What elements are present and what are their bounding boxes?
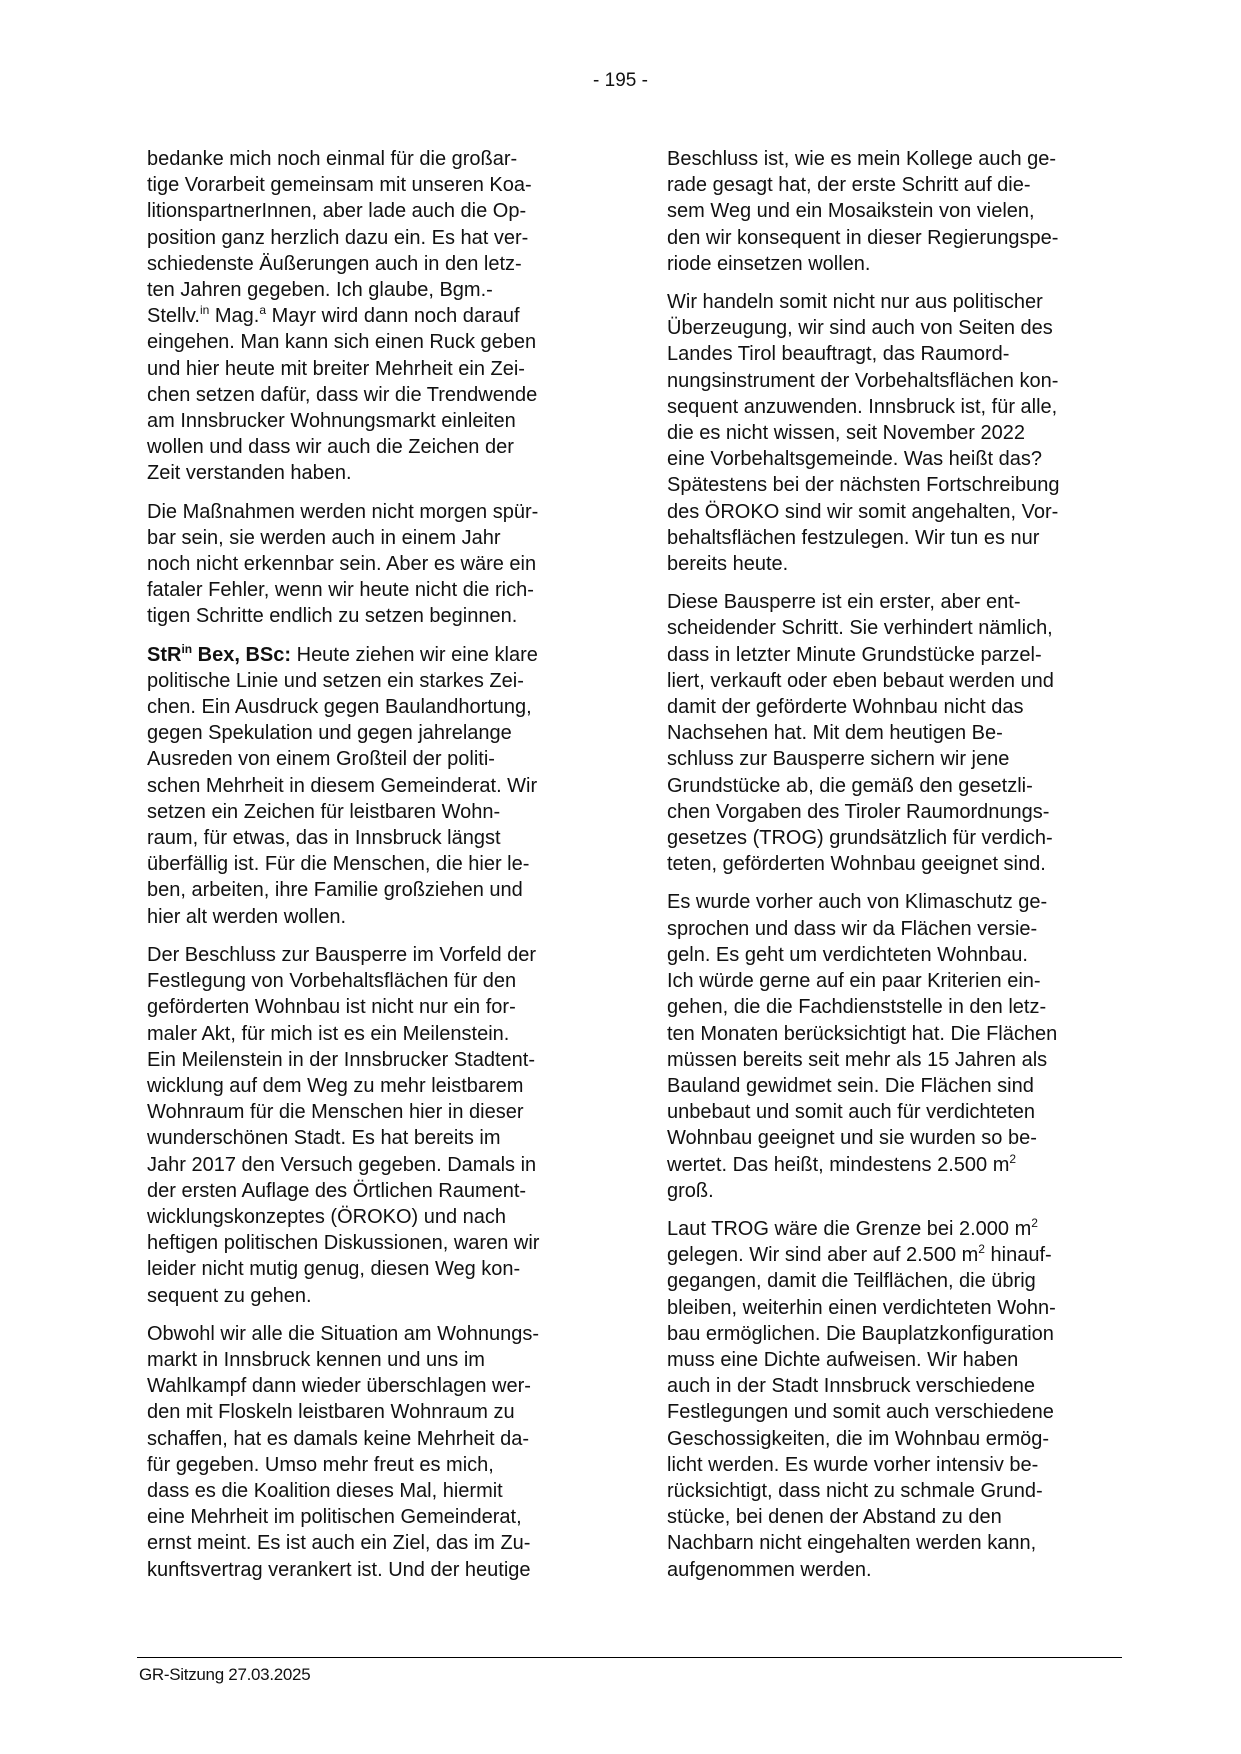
text-line: gesetzes (TROG) grundsätzlich für verdic… <box>667 825 1122 851</box>
text-line: muss eine Dichte aufweisen. Wir haben <box>667 1347 1122 1373</box>
text-line: wicklung auf dem Weg zu mehr leistbarem <box>147 1073 617 1099</box>
text-line: Ein Meilenstein in der Innsbrucker Stadt… <box>147 1047 617 1073</box>
paragraph: Es wurde vorher auch von Klimaschutz ge-… <box>667 889 1122 1203</box>
footer-session-date: GR-Sitzung 27.03.2025 <box>139 1665 310 1685</box>
text-line: eine Mehrheit im politischen Gemeinderat… <box>147 1504 617 1530</box>
text-line: bleiben, weiterhin einen verdichteten Wo… <box>667 1295 1122 1321</box>
text-line: Obwohl wir alle die Situation am Wohnung… <box>147 1321 617 1347</box>
text-line: Zeit verstanden haben. <box>147 460 617 486</box>
text-run: hinauf- <box>985 1244 1052 1266</box>
text-line: fataler Fehler, wenn wir heute nicht die… <box>147 577 617 603</box>
text-line: wertet. Das heißt, mindestens 2.500 m2 <box>667 1152 1122 1178</box>
text-line: Landes Tirol beauftragt, das Raumord- <box>667 341 1122 367</box>
footer-divider <box>137 1657 1122 1658</box>
paragraph: Der Beschluss zur Bausperre im Vorfeld d… <box>147 942 617 1309</box>
text-line: Stellv.in Mag.a Mayr wird dann noch dara… <box>147 303 617 329</box>
text-line: chen. Ein Ausdruck gegen Baulandhortung, <box>147 694 617 720</box>
text-line: Die Maßnahmen werden nicht morgen spür- <box>147 499 617 525</box>
text-run: Heute ziehen wir eine klare <box>291 644 538 666</box>
text-line: riode einsetzen wollen. <box>667 251 1122 277</box>
text-line: sem Weg und ein Mosaikstein von vielen, <box>667 198 1122 224</box>
text-line: Überzeugung, wir sind auch von Seiten de… <box>667 315 1122 341</box>
paragraph: bedanke mich noch einmal für die großar-… <box>147 146 617 487</box>
text-line: gegen Spekulation und gegen jahrelange <box>147 720 617 746</box>
text-line: ben, arbeiten, ihre Familie großziehen u… <box>147 877 617 903</box>
text-line: und hier heute mit breiter Mehrheit ein … <box>147 356 617 382</box>
text-line: Wohnbau geeignet und sie wurden so be- <box>667 1125 1122 1151</box>
text-line: politische Linie und setzen ein starkes … <box>147 668 617 694</box>
text-line: bar sein, sie werden auch in einem Jahr <box>147 525 617 551</box>
text-line: hier alt werden wollen. <box>147 904 617 930</box>
superscript: 2 <box>978 1242 985 1256</box>
text-line: stücke, bei denen der Abstand zu den <box>667 1504 1122 1530</box>
text-line: Wir handeln somit nicht nur aus politisc… <box>667 289 1122 315</box>
text-run: Mayr wird dann noch darauf <box>266 305 519 327</box>
text-line: damit der geförderte Wohnbau nicht das <box>667 694 1122 720</box>
left-column: bedanke mich noch einmal für die großar-… <box>147 146 617 1595</box>
text-line: rücksichtigt, dass nicht zu schmale Grun… <box>667 1478 1122 1504</box>
text-line: geln. Es geht um verdichteten Wohnbau. <box>667 942 1122 968</box>
text-line: markt in Innsbruck kennen und uns im <box>147 1347 617 1373</box>
right-column: Beschluss ist, wie es mein Kollege auch … <box>667 146 1122 1595</box>
text-line: wollen und dass wir auch die Zeichen der <box>147 434 617 460</box>
text-line: leider nicht mutig genug, diesen Weg kon… <box>147 1256 617 1282</box>
text-line: tigen Schritte endlich zu setzen beginne… <box>147 603 617 629</box>
text-line: sequent anzuwenden. Innsbruck ist, für a… <box>667 394 1122 420</box>
text-line: eine Vorbehaltsgemeinde. Was heißt das? <box>667 446 1122 472</box>
text-line: überfällig ist. Für die Menschen, die hi… <box>147 851 617 877</box>
text-line: liert, verkauft oder eben bebaut werden … <box>667 668 1122 694</box>
text-line: Geschossigkeiten, die im Wohnbau ermög- <box>667 1426 1122 1452</box>
text-line: ernst meint. Es ist auch ein Ziel, das i… <box>147 1530 617 1556</box>
text-line: Es wurde vorher auch von Klimaschutz ge- <box>667 889 1122 915</box>
paragraph: Obwohl wir alle die Situation am Wohnung… <box>147 1321 617 1583</box>
text-line: aufgenommen werden. <box>667 1557 1122 1583</box>
speaker-surname: Bex, BSc: <box>192 644 291 666</box>
text-line: Laut TROG wäre die Grenze bei 2.000 m2 <box>667 1216 1122 1242</box>
paragraph: Diese Bausperre ist ein erster, aber ent… <box>667 589 1122 877</box>
superscript: 2 <box>1009 1152 1016 1166</box>
text-line: position ganz herzlich dazu ein. Es hat … <box>147 225 617 251</box>
text-line: bau ermöglichen. Die Bauplatzkonfigurati… <box>667 1321 1122 1347</box>
text-line: Der Beschluss zur Bausperre im Vorfeld d… <box>147 942 617 968</box>
text-line: Ausreden von einem Großteil der politi- <box>147 746 617 772</box>
text-line: teten, geförderten Wohnbau geeignet sind… <box>667 851 1122 877</box>
page-number: - 195 - <box>0 70 1241 92</box>
paragraph: Laut TROG wäre die Grenze bei 2.000 m2 g… <box>667 1216 1122 1583</box>
text-line: behaltsflächen festzulegen. Wir tun es n… <box>667 525 1122 551</box>
text-line: heftigen politischen Diskussionen, waren… <box>147 1230 617 1256</box>
text-line: für gegeben. Umso mehr freut es mich, <box>147 1452 617 1478</box>
text-line: noch nicht erkennbar sein. Aber es wäre … <box>147 551 617 577</box>
text-line: kunftsvertrag verankert ist. Und der heu… <box>147 1557 617 1583</box>
text-line: Spätestens bei der nächsten Fortschreibu… <box>667 472 1122 498</box>
text-line: schiedenste Äußerungen auch in den letz- <box>147 251 617 277</box>
text-line: Wohnraum für die Menschen hier in dieser <box>147 1099 617 1125</box>
superscript: 2 <box>1031 1216 1038 1230</box>
text-line: chen Vorgaben des Tiroler Raumordnungs- <box>667 799 1122 825</box>
text-line: schluss zur Bausperre sichern wir jene <box>667 746 1122 772</box>
text-line: Nachbarn nicht eingehalten werden kann, <box>667 1530 1122 1556</box>
speaker-paragraph: StRin Bex, BSc: Heute ziehen wir eine kl… <box>147 642 617 930</box>
paragraph: Die Maßnahmen werden nicht morgen spür- … <box>147 499 617 630</box>
text-line: auch in der Stadt Innsbruck verschiedene <box>667 1373 1122 1399</box>
text-run: Mag. <box>209 305 259 327</box>
text-line: ten Monaten berücksichtigt hat. Die Fläc… <box>667 1021 1122 1047</box>
text-line: Grundstücke ab, die gemäß den gesetzli- <box>667 773 1122 799</box>
text-line: gegangen, damit die Teilflächen, die übr… <box>667 1268 1122 1294</box>
text-line: müssen bereits seit mehr als 15 Jahren a… <box>667 1047 1122 1073</box>
speaker-name: StRin Bex, BSc: <box>147 644 291 666</box>
text-line: chen setzen dafür, dass wir die Trendwen… <box>147 382 617 408</box>
text-line: bereits heute. <box>667 551 1122 577</box>
text-line: ten Jahren gegeben. Ich glaube, Bgm.- <box>147 277 617 303</box>
text-line: wicklungskonzeptes (ÖROKO) und nach <box>147 1204 617 1230</box>
text-line: den mit Floskeln leistbaren Wohnraum zu <box>147 1399 617 1425</box>
text-line: Ich würde gerne auf ein paar Kriterien e… <box>667 968 1122 994</box>
text-line: rade gesagt hat, der erste Schritt auf d… <box>667 172 1122 198</box>
text-line: raum, für etwas, das in Innsbruck längst <box>147 825 617 851</box>
superscript: in <box>181 642 192 656</box>
text-line: bedanke mich noch einmal für die großar- <box>147 146 617 172</box>
text-line: gelegen. Wir sind aber auf 2.500 m2 hina… <box>667 1242 1122 1268</box>
text-run: wertet. Das heißt, mindestens 2.500 m <box>667 1154 1009 1176</box>
text-line: schaffen, hat es damals keine Mehrheit d… <box>147 1426 617 1452</box>
text-line: am Innsbrucker Wohnungsmarkt einleiten <box>147 408 617 434</box>
speaker-title: StR <box>147 644 181 666</box>
text-line: Wahlkampf dann wieder überschlagen wer- <box>147 1373 617 1399</box>
text-line: dass in letzter Minute Grundstücke parze… <box>667 642 1122 668</box>
text-line: nungsinstrument der Vorbehaltsflächen ko… <box>667 368 1122 394</box>
text-line: geförderten Wohnbau ist nicht nur ein fo… <box>147 994 617 1020</box>
text-line: sprochen und dass wir da Flächen versie- <box>667 916 1122 942</box>
text-line: scheidender Schritt. Sie verhindert näml… <box>667 615 1122 641</box>
text-line: maler Akt, für mich ist es ein Meilenste… <box>147 1021 617 1047</box>
text-line: wunderschönen Stadt. Es hat bereits im <box>147 1125 617 1151</box>
text-line: schen Mehrheit in diesem Gemeinderat. Wi… <box>147 773 617 799</box>
text-run: Laut TROG wäre die Grenze bei 2.000 m <box>667 1218 1031 1240</box>
text-line: setzen ein Zeichen für leistbaren Wohn- <box>147 799 617 825</box>
text-line: Beschluss ist, wie es mein Kollege auch … <box>667 146 1122 172</box>
text-run: Stellv. <box>147 305 200 327</box>
text-line: dass es die Koalition dieses Mal, hiermi… <box>147 1478 617 1504</box>
text-line: Diese Bausperre ist ein erster, aber ent… <box>667 589 1122 615</box>
text-line: tige Vorarbeit gemeinsam mit unseren Koa… <box>147 172 617 198</box>
superscript: in <box>200 303 209 317</box>
text-line: Bauland gewidmet sein. Die Flächen sind <box>667 1073 1122 1099</box>
text-line: des ÖROKO sind wir somit angehalten, Vor… <box>667 499 1122 525</box>
paragraph: Wir handeln somit nicht nur aus politisc… <box>667 289 1122 577</box>
text-line: Festlegungen und somit auch verschiedene <box>667 1399 1122 1425</box>
text-line: Nachsehen hat. Mit dem heutigen Be- <box>667 720 1122 746</box>
text-line: der ersten Auflage des Örtlichen Raument… <box>147 1178 617 1204</box>
text-line: gehen, die die Fachdienststelle in den l… <box>667 994 1122 1020</box>
paragraph: Beschluss ist, wie es mein Kollege auch … <box>667 146 1122 277</box>
text-line: litionspartnerInnen, aber lade auch die … <box>147 198 617 224</box>
text-line: Jahr 2017 den Versuch gegeben. Damals in <box>147 1152 617 1178</box>
text-line: Festlegung von Vorbehaltsflächen für den <box>147 968 617 994</box>
text-line: eingehen. Man kann sich einen Ruck geben <box>147 329 617 355</box>
text-line: sequent zu gehen. <box>147 1283 617 1309</box>
text-line: die es nicht wissen, seit November 2022 <box>667 420 1122 446</box>
text-line: groß. <box>667 1178 1122 1204</box>
text-line: licht werden. Es wurde vorher intensiv b… <box>667 1452 1122 1478</box>
text-line: den wir konsequent in dieser Regierungsp… <box>667 225 1122 251</box>
text-run: gelegen. Wir sind aber auf 2.500 m <box>667 1244 978 1266</box>
text-line: StRin Bex, BSc: Heute ziehen wir eine kl… <box>147 642 617 668</box>
text-line: unbebaut und somit auch für verdichteten <box>667 1099 1122 1125</box>
